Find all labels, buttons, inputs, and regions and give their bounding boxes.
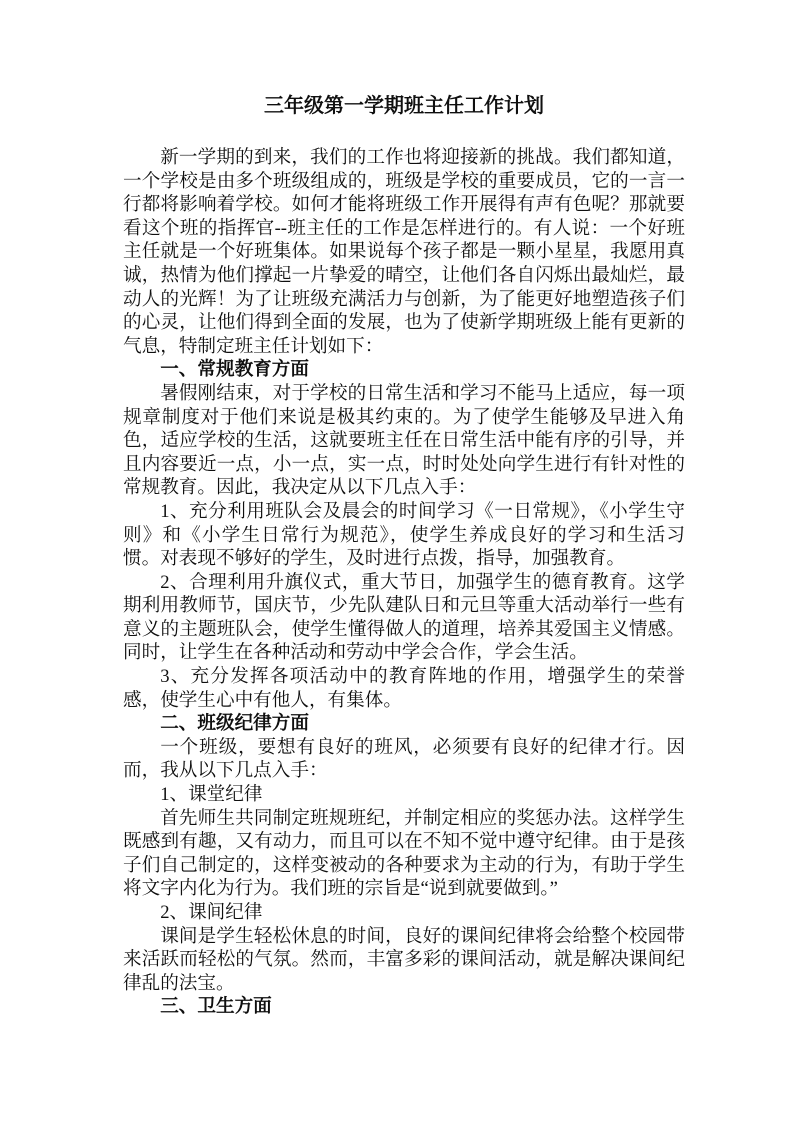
section-heading: 一、常规教育方面: [123, 358, 685, 382]
paragraph: 1、充分利用班队会及晨会的时间学习《一日常规》，《小学生守则》和《小学生日常行为…: [123, 500, 685, 571]
paragraph: 2、课间纪律: [123, 901, 685, 925]
section-heading: 三、卫生方面: [123, 995, 685, 1019]
document-title: 三年级第一学期班主任工作计划: [123, 94, 685, 118]
paragraph: 1、课堂纪律: [123, 783, 685, 807]
paragraph: 新一学期的到来，我们的工作也将迎接新的挑战。我们都知道，一个学校是由多个班级组成…: [123, 146, 685, 358]
paragraph: 首先师生共同制定班规班纪，并制定相应的奖惩办法。这样学生既感到有趣，又有动力，而…: [123, 807, 685, 901]
document-page: 三年级第一学期班主任工作计划 新一学期的到来，我们的工作也将迎接新的挑战。我们都…: [0, 0, 793, 1122]
paragraph: 2、合理利用升旗仪式，重大节日，加强学生的德育教育。这学期利用教师节，国庆节，少…: [123, 571, 685, 665]
paragraph: 一个班级，要想有良好的班风，必须要有良好的纪律才行。因而，我从以下几点入手：: [123, 736, 685, 783]
paragraph: 课间是学生轻松休息的时间，良好的课间纪律将会给整个校园带来活跃而轻松的气氛。然而…: [123, 925, 685, 996]
document-body: 新一学期的到来，我们的工作也将迎接新的挑战。我们都知道，一个学校是由多个班级组成…: [123, 146, 685, 1019]
paragraph: 暑假刚结束，对于学校的日常生活和学习不能马上适应，每一项规章制度对于他们来说是极…: [123, 382, 685, 500]
paragraph: 3、充分发挥各项活动中的教育阵地的作用，增强学生的荣誉感，使学生心中有他人，有集…: [123, 665, 685, 712]
section-heading: 二、班级纪律方面: [123, 712, 685, 736]
